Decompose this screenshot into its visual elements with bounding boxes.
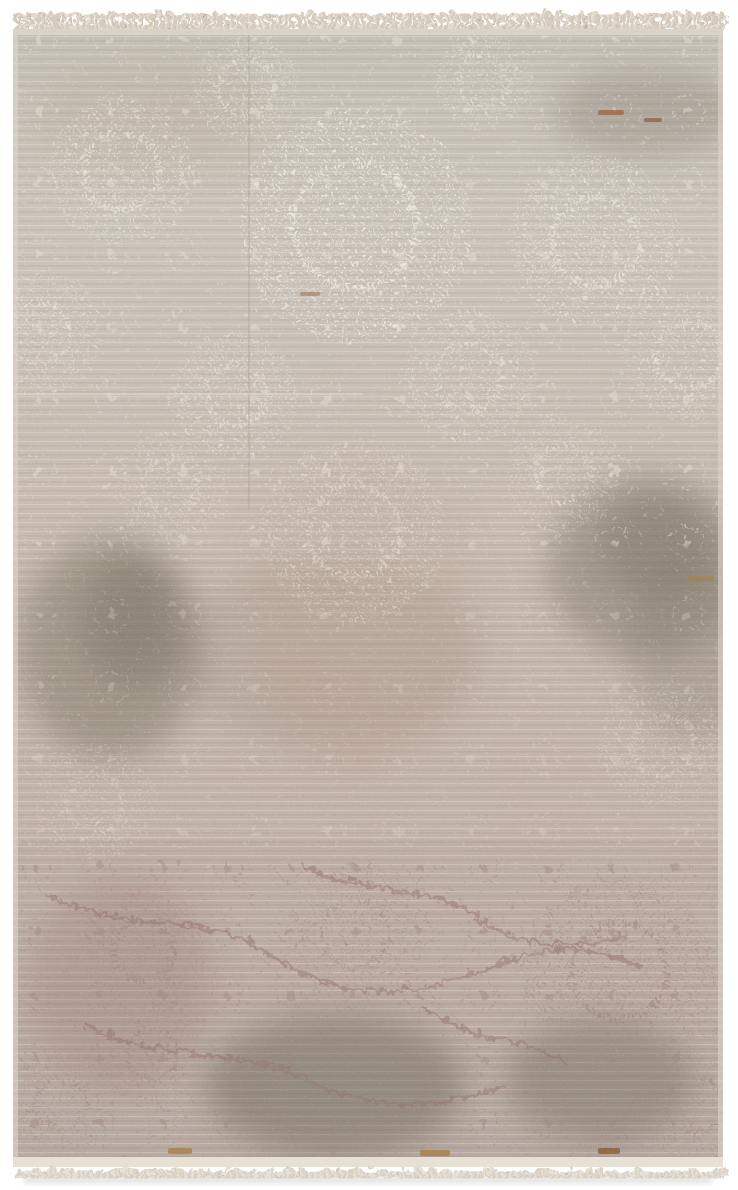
- rug: [0, 10, 738, 1177]
- rug-body: [0, 26, 738, 1160]
- selvage-left: [13, 29, 18, 1157]
- selvage-right: [718, 29, 723, 1157]
- pile-grain-dark: [13, 29, 723, 1157]
- photo-canvas: [0, 0, 738, 1190]
- rug-shadow: [24, 1177, 712, 1183]
- selvage-top: [13, 29, 723, 35]
- rug-fringe-bottom: [13, 1167, 723, 1177]
- rug-fringe-top: [13, 10, 723, 29]
- binding-bottom: [13, 1157, 723, 1167]
- rug-photo: [0, 0, 738, 1190]
